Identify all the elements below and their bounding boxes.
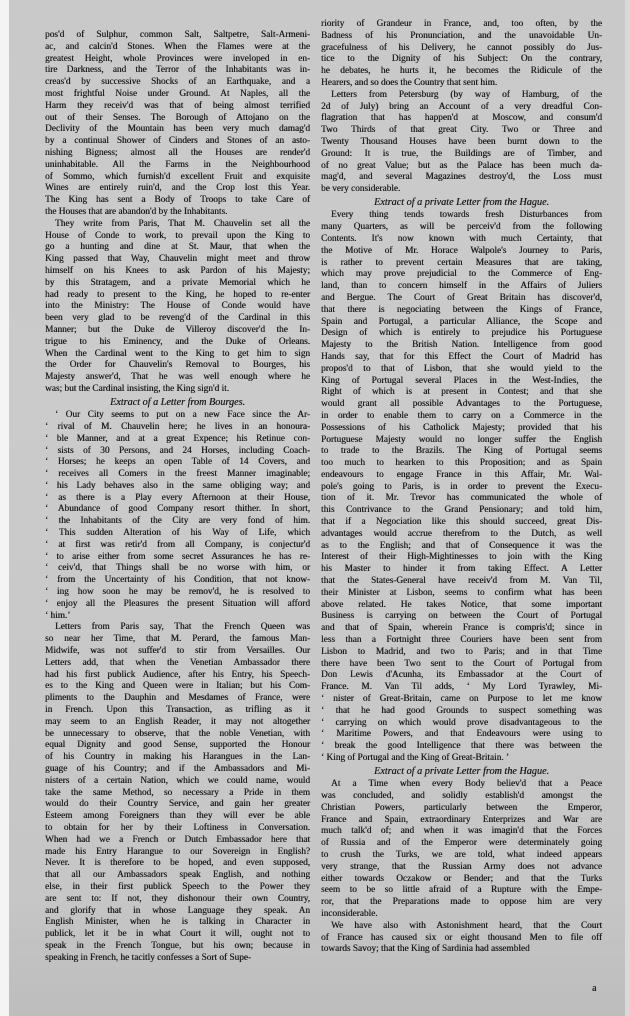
text-line: speaking in French, he tacitly confesses…: [45, 953, 310, 965]
text-line: above related. He takes Notice, that som…: [321, 600, 602, 612]
text-line: Majesty to the British Nation. Intellige…: [321, 340, 602, 352]
text-line: go a hunting and dine at St. Maur, that …: [45, 242, 310, 254]
text-line: be unnecessary to observe, that the nobl…: [45, 729, 310, 741]
text-line: ‘ enjoy all the Pleasures the present Si…: [45, 599, 310, 611]
text-line: either towards Oczakow or Bender; and th…: [321, 874, 602, 886]
signature-mark: a: [592, 983, 596, 994]
paragraph: pos'd of Sulphur, common Salt, Saltpetre…: [45, 30, 310, 219]
text-line: endeavours to engage France in this Affa…: [321, 470, 602, 482]
text-line: be very considerable.: [321, 184, 602, 196]
text-line: was; but the Cardinal insisting, the Kin…: [45, 384, 310, 396]
text-line: ‘ nister of Great-Britain, came on Purpo…: [321, 694, 602, 706]
text-line: been very glad to be reveng'd of the Car…: [45, 313, 310, 325]
text-line: out of their Senses. The Borough of Atto…: [45, 113, 310, 125]
text-line: Lisbon to Madrid, and two to Paris; and …: [321, 647, 602, 659]
text-line: equal Dignity and good Sense, supported …: [45, 740, 310, 752]
text-line: Two Thirds of that great City. Two or Th…: [321, 125, 602, 137]
scan-left-edge: [0, 0, 9, 1016]
text-line: The King has sent a Body of Troops to ta…: [45, 195, 310, 207]
text-line: to trade to the Brazils. The King of Por…: [321, 446, 602, 458]
text-line: the Houses that are abandon'd by the Inh…: [45, 207, 310, 219]
text-line: less than a Fortnight three Couriers hav…: [321, 635, 602, 647]
text-line: ‘ ing how soon he may be remov'd, he is …: [45, 587, 310, 599]
text-line: very strange, that the Russian Army does…: [321, 862, 602, 874]
text-line: propos'd to that of Lisbon, that she wou…: [321, 364, 602, 376]
text-line: towards Savoy; that the King of Sardinia…: [321, 944, 602, 956]
text-line: Hands say, that for this Effect the Cour…: [321, 352, 602, 364]
text-line: ‘ Horses; he keeps an open Table of 14 C…: [45, 457, 310, 469]
text-line: Wines are entirely ruin'd, and the Crop …: [45, 183, 310, 195]
text-line: Christian Powers, particularly between t…: [321, 803, 602, 815]
section-heading: Extract of a Letter from Bourges.: [45, 397, 310, 409]
text-line: At a Time when every Body believ'd that …: [321, 779, 602, 791]
text-line: to crush the Turks, we are told, what in…: [321, 850, 602, 862]
text-line: uninhabitable. All the Farms in the Neig…: [45, 160, 310, 172]
text-line: France and Spain, extraordinary Enterpri…: [321, 815, 602, 827]
text-line: so near her Time, that M. Perard, the fa…: [45, 634, 310, 646]
text-line: Letters add, that when the Venetian Amba…: [45, 658, 310, 670]
text-line: Twenty Thousand Houses have been burnt d…: [321, 137, 602, 149]
text-line: there have been Two sent to the Court of…: [321, 659, 602, 671]
scan-right-edge: [625, 0, 630, 1016]
text-line: would do their Country Service, and gain…: [45, 799, 310, 811]
text-line: Declivity of the Mountain has been very …: [45, 124, 310, 136]
text-line: Midwife, was not suffer'd to stir from V…: [45, 646, 310, 658]
text-line: ‘ receives all Comers in the freest Mann…: [45, 469, 310, 481]
text-line: Hearers, and so does the Country that se…: [321, 78, 602, 90]
text-line: Don Lewis d'Acunha, its Embassador at th…: [321, 670, 602, 682]
text-line: Interest of their High-Mightinesses to j…: [321, 552, 602, 564]
text-line: and that of Spain, wherein France is com…: [321, 623, 602, 635]
text-line: of Sommo, which furnish'd excellent Frui…: [45, 172, 310, 184]
text-line: gracefulness of his Delivery, he cannot …: [321, 43, 602, 55]
text-line: too much to hearken to this Proposition;…: [321, 458, 602, 470]
text-line: France. M. Van Til adds, ‘ My Lord Tyraw…: [321, 682, 602, 694]
text-line: Portuguese Majesty would no longer suffe…: [321, 435, 602, 447]
text-line: Every thing tends towards fresh Disturba…: [321, 210, 602, 222]
text-line: he debates, he hurts it, he becomes the …: [321, 66, 602, 78]
paragraph: Letters from Petersburg (by way of Hambu…: [321, 90, 602, 196]
text-line: made his Entry Harangue to our Sovereign…: [45, 847, 310, 859]
text-line: much talk'd of; and when it was imagin'd…: [321, 826, 602, 838]
text-line: ‘ him.’: [45, 611, 310, 623]
text-line: trigue to his Eminency, and the Duke of …: [45, 337, 310, 349]
text-line: When the Cardinal went to the King to ge…: [45, 349, 310, 361]
text-line: seem to be so little afraid of a Rupture…: [321, 885, 602, 897]
text-line: ‘ ceiv'd, that Things shall be no worse …: [45, 563, 310, 575]
paragraph: Every thing tends towards fresh Disturba…: [321, 210, 602, 764]
text-line: ‘ break the good Intelligence that there…: [321, 741, 602, 753]
text-line: the Order for Chauvelin's Removal to Bou…: [45, 360, 310, 372]
text-line: this Contrivance to the Grand Pensionary…: [321, 505, 602, 517]
text-line: of no great Value; but as the Palace has…: [321, 161, 602, 173]
text-line: was concluded, and solidly establish'd a…: [321, 791, 602, 803]
text-line: ‘ ble Manner, and at a great Expence; hi…: [45, 434, 310, 446]
text-column-right: riority of Grandeur in France, and, too …: [321, 0, 602, 956]
text-line: Letters from Paris say, That the French …: [45, 622, 310, 634]
text-line: take the same Method, so necessary a Pri…: [45, 788, 310, 800]
text-line: speak in the French Tongue, but his own;…: [45, 941, 310, 953]
text-line: ‘ Our City seems to put on a new Face si…: [45, 410, 310, 422]
text-line: 2d of July) bring an Account of a very d…: [321, 102, 602, 114]
text-line: that there is negociating between the Ki…: [321, 305, 602, 317]
text-line: ‘ sists of 30 Persons, and 24 Horses, in…: [45, 446, 310, 458]
text-line: flagration that has happen'd at Moscow, …: [321, 113, 602, 125]
text-line: pos'd of Sulphur, common Salt, Saltpetre…: [45, 30, 310, 42]
text-line: to obtain for her by their Loftiness in …: [45, 823, 310, 835]
text-line: tire Darkness, and the Terror of the Inh…: [45, 65, 310, 77]
text-line: into the Ministry: The House of Conde wo…: [45, 301, 310, 313]
text-line: may seem to an English Reader, it may no…: [45, 717, 310, 729]
text-line: ‘ Maritime Powers, and that Endeavours w…: [321, 729, 602, 741]
text-line: and Bergue. The Court of Great Britain h…: [321, 293, 602, 305]
text-line: had ready to present to the King, he hop…: [45, 290, 310, 302]
text-line: ‘ This sudden Alteration of his Way of L…: [45, 528, 310, 540]
text-line: Right of which is at present in Contest;…: [321, 387, 602, 399]
text-line: is rather to prevent certain Measures th…: [321, 258, 602, 270]
text-line: Design of which is entirely to prejudice…: [321, 328, 602, 340]
text-line: King passed that Way, Chauvelin might me…: [45, 254, 310, 266]
paragraph: riority of Grandeur in France, and, too …: [321, 19, 602, 90]
text-line: in French. Upon this Transaction, as tri…: [45, 705, 310, 717]
text-line: pole's going to Paris, is in order to pr…: [321, 482, 602, 494]
text-line: riority of Grandeur in France, and, too …: [321, 19, 602, 31]
text-line: Letters from Petersburg (by way of Hambu…: [321, 90, 602, 102]
text-column-left: pos'd of Sulphur, common Salt, Saltpetre…: [45, 0, 310, 965]
text-line: ror, that the Preparations made to oppos…: [321, 897, 602, 909]
text-line: the Motive of Mr. Horace Walpole's Journ…: [321, 246, 602, 258]
text-line: had his first publick Audience, after hi…: [45, 670, 310, 682]
text-line: mag'd, and several Magazines destroy'd, …: [321, 172, 602, 184]
text-line: tion of it. Mr. Trevor has communicated …: [321, 493, 602, 505]
text-line: Ground: It is true, the Buildings are of…: [321, 149, 602, 161]
text-line: most frightful Noise under Ground. At Na…: [45, 89, 310, 101]
text-line: creas'd by successive Shocks of an Earth…: [45, 77, 310, 89]
text-line: would grant all possible Advantages to t…: [321, 399, 602, 411]
text-line: pliments to the Dauphin and Mesdames of …: [45, 693, 310, 705]
text-line: as to the English; and that of Consequen…: [321, 541, 602, 553]
text-line: ‘ at first was retir'd from all Company,…: [45, 540, 310, 552]
text-line: Business is carrying on between the Cour…: [321, 611, 602, 623]
text-line: land, than to concern himself in the Aff…: [321, 281, 602, 293]
text-line: Badness of his Pronunciation, and the un…: [321, 31, 602, 43]
text-line: Spain and Portugal, a particular Allianc…: [321, 317, 602, 329]
text-line: are sent to: If not, they dishonour thei…: [45, 894, 310, 906]
text-line: that all our Ambassadors speak English, …: [45, 870, 310, 882]
section-heading: Extract of a private Letter from the Hag…: [321, 766, 602, 778]
text-line: many Quarters, as will be perceiv'd from…: [321, 222, 602, 234]
text-line: greatest Height, whole Provinces were in…: [45, 54, 310, 66]
text-line: ‘ rival of M. Chauvelin here; he lives i…: [45, 422, 310, 434]
text-line: his Master to hinder it from taking Effe…: [321, 564, 602, 576]
text-line: Contents. It's now known with much Certa…: [321, 234, 602, 246]
text-line: ‘ to arise either from some secret Assur…: [45, 552, 310, 564]
text-line: Esteem among Foreigners than they will e…: [45, 811, 310, 823]
text-line: Majesty answer'd, That he was well enoug…: [45, 372, 310, 384]
text-line: English Minister, when he is talking in …: [45, 917, 310, 929]
text-line: of France has caused six or eight thousa…: [321, 933, 602, 945]
text-line: nishing Bigness; almost all the Houses a…: [45, 148, 310, 160]
text-line: inconsiderable.: [321, 909, 602, 921]
text-line: ‘ as there is a Play every Afternoon at …: [45, 493, 310, 505]
text-line: nisters of a certain Nation, which we co…: [45, 776, 310, 788]
paragraph: They write from Paris, That M. Chauvelin…: [45, 219, 310, 396]
text-line: Possessions of his Catholick Majesty; pr…: [321, 423, 602, 435]
section-heading: Extract of a private Letter from the Hag…: [321, 197, 602, 209]
text-line: which may prove prejudicial to the Comme…: [321, 269, 602, 281]
text-line: that the States-General have receiv'd fr…: [321, 576, 602, 588]
text-line: their Minister at Lisbon, seems to confi…: [321, 588, 602, 600]
text-line: that if a Negociation like this should s…: [321, 517, 602, 529]
paragraph: At a Time when every Body believ'd that …: [321, 779, 602, 921]
text-line: by a continual Shower of Cinders and Sto…: [45, 136, 310, 148]
text-line: in order to enable them to carry on a Co…: [321, 411, 602, 423]
text-line: ‘ from the Uncertainty of his Condition,…: [45, 575, 310, 587]
text-line: himself on his Knees to ask Pardon of hi…: [45, 266, 310, 278]
text-line: Manner; but the Duke de Villeroy discove…: [45, 325, 310, 337]
text-line: publick, let it be in what Court it will…: [45, 929, 310, 941]
text-line: ‘ his Lady behaves also in the same obli…: [45, 481, 310, 493]
text-line: es to the King and Queen were in Italian…: [45, 681, 310, 693]
text-line: ‘ the Inhabitants of the City are very f…: [45, 516, 310, 528]
text-line: We have also with Astonishment heard, th…: [321, 921, 602, 933]
text-line: King of Portugal several Places in the W…: [321, 376, 602, 388]
text-line: ‘ Abundance of good Company resort thith…: [45, 504, 310, 516]
text-line: guage of his Country; and if the Ambassa…: [45, 764, 310, 776]
text-line: ‘ that he had good Grounds to suspect so…: [321, 706, 602, 718]
quote-paragraph: ‘ Our City seems to put on a new Face si…: [45, 410, 310, 622]
text-line: House of Conde to work, to prevail upon …: [45, 231, 310, 243]
text-line: ‘ carrying on which would prove disadvan…: [321, 718, 602, 730]
text-line: ac, and calcin'd Stones. When the Flames…: [45, 42, 310, 54]
text-line: Never. It is therefore to be hoped, and …: [45, 858, 310, 870]
scanned-page: pos'd of Sulphur, common Salt, Saltpetre…: [0, 0, 630, 1016]
text-line: of his Country in making his Harangues i…: [45, 752, 310, 764]
text-line: They write from Paris, That M. Chauvelin…: [45, 219, 310, 231]
paragraph: We have also with Astonishment heard, th…: [321, 921, 602, 956]
text-line: by this Stratagem, and a private Memoria…: [45, 278, 310, 290]
text-line: ‘ King of Portugal and the King of Great…: [321, 753, 602, 765]
paragraph: Letters from Paris say, That the French …: [45, 622, 310, 964]
text-line: Harm they receiv'd was that of being alm…: [45, 101, 310, 113]
text-line: When had we a French or Dutch Embassador…: [45, 835, 310, 847]
text-line: else, in their first publick Speech to t…: [45, 882, 310, 894]
text-line: advantages would accrue therefrom to the…: [321, 529, 602, 541]
text-line: tice to the Dignity of his Subject: On t…: [321, 54, 602, 66]
text-line: and glorify that in whose Language they …: [45, 906, 310, 918]
text-line: of Russia and of the Emperor were determ…: [321, 838, 602, 850]
